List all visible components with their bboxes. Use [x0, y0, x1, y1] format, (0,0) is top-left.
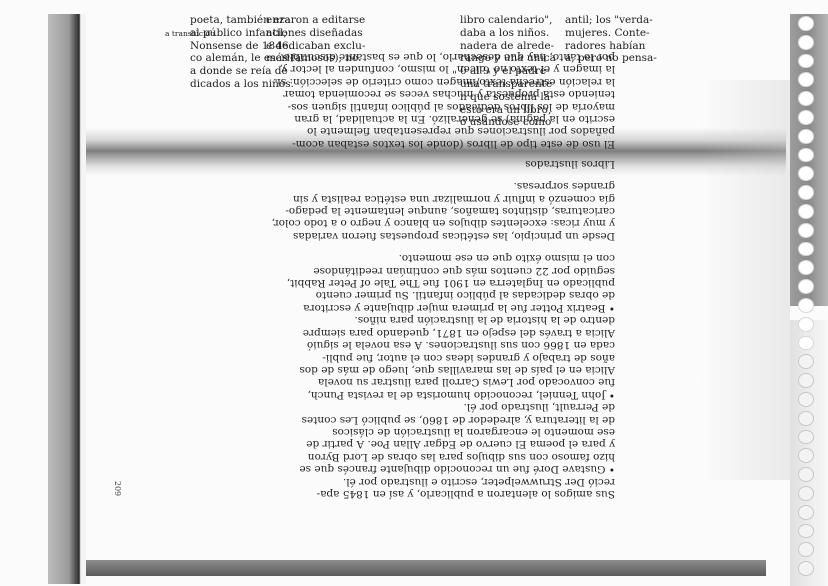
text-line: gía comenzó a influir y normalizar una e…	[95, 192, 615, 204]
text-line: seguido por 22 cuentos más que continúan…	[95, 264, 615, 276]
binding-hole-icon	[798, 148, 814, 163]
scanned-book-spread: a translúcido. poeta, también eraal públ…	[0, 0, 828, 586]
text-line: de Perrault, ilustrado por él.	[95, 401, 615, 413]
text-line: de la literatura y, alrededor de 1860, s…	[95, 413, 615, 425]
binding-hole-icon	[798, 166, 814, 181]
text-line: aciones diseñadas	[266, 27, 365, 40]
binding-hole-icon	[798, 336, 814, 351]
text-line: pañados por ilustraciones que representa…	[95, 125, 615, 137]
text-line: daba a los niños.	[460, 27, 556, 40]
lower-page: Sus amigos lo alentaron a publicarlo, y …	[95, 180, 615, 500]
text-line: libro calendario",	[460, 14, 556, 27]
text-line: fue convocado por Lewis Carroll para ilu…	[95, 376, 615, 388]
text-line: la relación estrecha texto/imagen como c…	[95, 75, 615, 87]
text-line: antil; los "verda-	[565, 14, 657, 27]
section-heading: Libros ilustrados	[95, 158, 615, 170]
binding-hole-icon	[798, 354, 814, 369]
binding-hole-icon	[798, 317, 814, 332]
book-edge-left	[48, 14, 86, 584]
book-edge-bottom	[86, 560, 766, 576]
text-line: publicado en Inglaterra en 1901 fue The …	[95, 277, 615, 289]
page-shadow	[700, 80, 790, 480]
binding-hole-icon	[798, 16, 814, 31]
binding-hole-icon	[798, 279, 814, 294]
spiral-binding-holes	[798, 16, 814, 576]
text-line: Alicia en el país de las maravillas que,…	[95, 364, 615, 376]
binding-hole-icon	[798, 35, 814, 50]
page-number: 209	[113, 481, 122, 496]
text-line: cada en 1866 con sus ilustraciones. A es…	[95, 339, 615, 351]
binding-hole-icon	[798, 260, 814, 275]
binding-hole-icon	[798, 392, 814, 407]
text-line: escrito en la página) se generalizó. En …	[95, 113, 615, 125]
list-block: Sus amigos lo alentaron a publicarlo, y …	[95, 252, 615, 500]
text-line: teniendo esta propuesta y muchas veces s…	[95, 88, 615, 100]
text-line: mayoría de los libros dedicados al públi…	[95, 100, 615, 112]
binding-hole-icon	[798, 542, 814, 557]
paragraph-libros-ilustrados: El uso de este tipo de libros (donde los…	[95, 51, 615, 150]
binding-hole-icon	[798, 373, 814, 388]
binding-hole-icon	[798, 204, 814, 219]
text-line: Sus amigos lo alentaron a publicarlo, y …	[95, 488, 615, 500]
binding-hole-icon	[798, 524, 814, 539]
text-line: y para el poema El cuervo de Edgar Allan…	[95, 438, 615, 450]
binding-hole-icon	[798, 561, 814, 576]
binding-hole-icon	[798, 185, 814, 200]
text-line: • John Tenniel, reconocido humorista de …	[95, 388, 615, 400]
text-line: • Beatrix Potter fue la primera mujer di…	[95, 302, 615, 314]
binding-hole-icon	[798, 129, 814, 144]
text-line: Alicia a través del espejo en 1871, qued…	[95, 326, 615, 338]
text-line: con el mismo éxito que en ese momento.	[95, 252, 615, 264]
binding-hole-icon	[798, 448, 814, 463]
text-line: El uso de este tipo de libros (donde los…	[95, 137, 615, 149]
binding-hole-icon	[798, 242, 814, 257]
text-line: por lo tanto, hay que desecharlo, lo que…	[95, 51, 615, 63]
binding-hole-icon	[798, 467, 814, 482]
text-line: • Gustave Doré fue un reconocido dibujan…	[95, 463, 615, 475]
binding-hole-icon	[798, 91, 814, 106]
text-line: hizo famoso con sus dibujos para las obr…	[95, 450, 615, 462]
binding-hole-icon	[798, 505, 814, 520]
text-line: dentro de la historia de la ilustración …	[95, 314, 615, 326]
text-line: y muy ricas: excelentes dibujos en blanc…	[95, 217, 615, 229]
binding-hole-icon	[798, 110, 814, 125]
binding-hole-icon	[798, 486, 814, 501]
text-line: la imagen y el texto no "dicen" lo mismo…	[95, 63, 615, 75]
text-line: de obras dedicadas al público infantil. …	[95, 289, 615, 301]
text-line: años de trabajo y grandes ideas con el a…	[95, 351, 615, 363]
text-line: reció Der Struwwelpeter, escrito e ilust…	[95, 475, 615, 487]
text-line: enzaron a editarse	[266, 14, 365, 27]
text-line: mujeres. Conte-	[565, 27, 657, 40]
binding-hole-icon	[798, 223, 814, 238]
lower-page-rotated-content: Sus amigos lo alentaron a publicarlo, y …	[95, 180, 615, 500]
text-line: grandes sorpresas.	[95, 180, 615, 192]
binding-hole-icon	[798, 430, 814, 445]
binding-hole-icon	[798, 72, 814, 87]
paragraph-estheticas: Desde un principio, las estéticas propue…	[95, 180, 615, 242]
text-line: caricaturas, distintos tamaños, aunque l…	[95, 205, 615, 217]
text-line: Desde un principio, las estéticas propue…	[95, 229, 615, 241]
binding-hole-icon	[798, 298, 814, 313]
text-line: ese momento le encargaron la ilustración…	[95, 426, 615, 438]
binding-hole-icon	[798, 411, 814, 426]
binding-hole-icon	[798, 54, 814, 69]
